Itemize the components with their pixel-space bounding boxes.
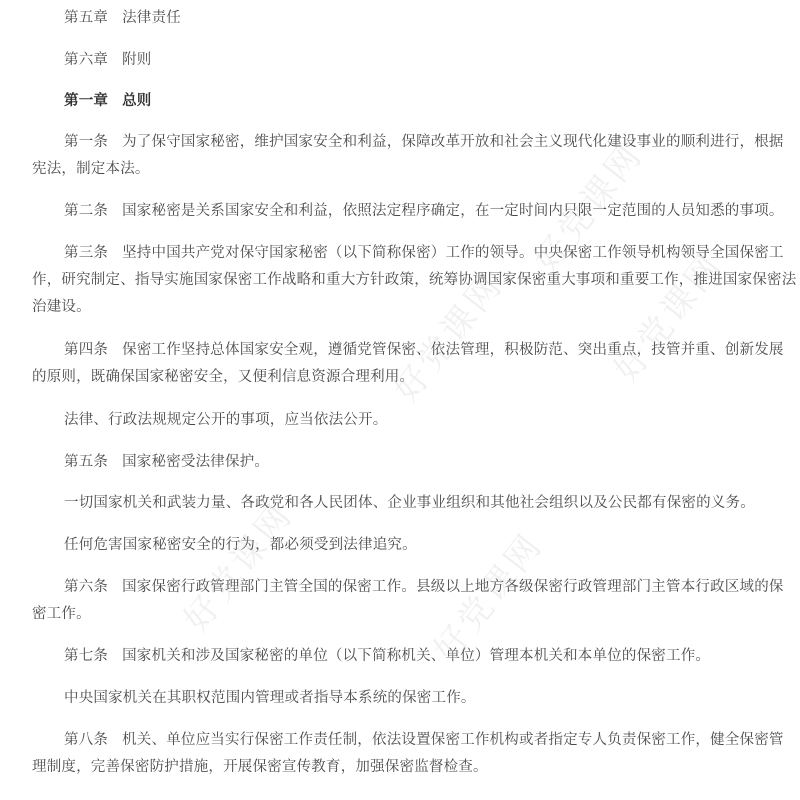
article-4-line-2: 的原则，既确保国家秘密安全，又便利信息资源合理利用。 (32, 367, 414, 387)
article-text: 国家机关和涉及国家秘密的单位（以下简称机关、单位）管理本机关和本单位的保密工作。 (122, 648, 710, 664)
article-3-line-2: 作，研究制定、指导实施国家保密工作战略和重大方针政策，统筹协调国家保密重大事项和… (32, 270, 796, 290)
article-1-line-2: 宪法，制定本法。 (32, 159, 150, 179)
section-chapter-label: 第一章 (64, 93, 108, 109)
article-6-line-2: 密工作。 (32, 604, 91, 624)
article-6-line-1: 第六条国家保密行政管理部门主管全国的保密工作。县级以上地方各级保密行政管理部门主… (64, 577, 784, 597)
article-text: 机关、单位应当实行保密工作责任制，依法设置保密工作机构或者指定专人负责保密工作，… (122, 732, 784, 748)
article-text: 国家保密行政管理部门主管全国的保密工作。县级以上地方各级保密行政管理部门主管本行… (122, 579, 784, 595)
article-8-line-2: 理制度，完善保密防护措施，开展保密宣传教育，加强保密监督检查。 (32, 757, 488, 777)
article-7-paragraph-2: 中央国家机关在其职权范围内管理或者指导本系统的保密工作。 (64, 688, 476, 708)
article-text: 法律、行政法规规定公开的事项，应当依法公开。 (64, 412, 387, 428)
article-1-line-1: 第一条为了保守国家秘密，维护国家安全和利益，保障改革开放和社会主义现代化建设事业… (64, 132, 784, 152)
article-5-line-1: 第五条国家秘密受法律保护。 (64, 452, 269, 472)
article-text: 任何危害国家秘密安全的行为，都必须受到法律追究。 (64, 537, 417, 553)
article-3-line-1: 第三条坚持中国共产党对保守国家秘密（以下简称保密）工作的领导。中央保密工作领导机… (64, 243, 784, 263)
article-label: 第四条 (64, 342, 108, 358)
toc-chapter-label: 第六章 (64, 52, 108, 68)
section-heading: 第一章总则 (64, 91, 152, 111)
document-page: 第五章法律责任 第六章附则 第一章总则 第一条为了保守国家秘密，维护国家安全和利… (0, 0, 800, 800)
toc-item-chapter-6: 第六章附则 (64, 50, 152, 70)
article-5-paragraph-2: 一切国家机关和武装力量、各政党和各人民团体、企业事业组织和其他社会组织以及公民都… (64, 493, 755, 513)
article-label: 第二条 (64, 203, 108, 219)
article-label: 第八条 (64, 732, 108, 748)
toc-item-chapter-5: 第五章法律责任 (64, 8, 181, 28)
toc-chapter-title: 法律责任 (122, 10, 181, 26)
article-text: 宪法，制定本法。 (32, 161, 150, 177)
article-4-line-1: 第四条保密工作坚持总体国家安全观，遵循党管保密、依法管理，积极防范、突出重点，技… (64, 340, 784, 360)
article-label: 第六条 (64, 579, 108, 595)
article-8-line-1: 第八条机关、单位应当实行保密工作责任制，依法设置保密工作机构或者指定专人负责保密… (64, 730, 784, 750)
article-text: 一切国家机关和武装力量、各政党和各人民团体、企业事业组织和其他社会组织以及公民都… (64, 495, 755, 511)
article-label: 第五条 (64, 454, 108, 470)
article-text: 密工作。 (32, 606, 91, 622)
article-2-line-1: 第二条国家秘密是关系国家安全和利益，依照法定程序确定，在一定时间内只限一定范围的… (64, 201, 784, 221)
article-text: 理制度，完善保密防护措施，开展保密宣传教育，加强保密监督检查。 (32, 759, 488, 775)
article-label: 第一条 (64, 134, 108, 150)
article-label: 第七条 (64, 648, 108, 664)
article-text: 国家秘密是关系国家安全和利益，依照法定程序确定，在一定时间内只限一定范围的人员知… (122, 203, 784, 219)
article-3-line-3: 治建设。 (32, 297, 91, 317)
section-chapter-title: 总则 (122, 93, 151, 109)
article-label: 第三条 (64, 245, 108, 261)
article-text: 为了保守国家秘密，维护国家安全和利益，保障改革开放和社会主义现代化建设事业的顺利… (122, 134, 784, 150)
toc-chapter-title: 附则 (122, 52, 151, 68)
article-text: 保密工作坚持总体国家安全观，遵循党管保密、依法管理，积极防范、突出重点，技管并重… (122, 342, 784, 358)
toc-chapter-label: 第五章 (64, 10, 108, 26)
article-4-paragraph-2: 法律、行政法规规定公开的事项，应当依法公开。 (64, 410, 387, 430)
article-text: 的原则，既确保国家秘密安全，又便利信息资源合理利用。 (32, 369, 414, 385)
article-text: 国家秘密受法律保护。 (122, 454, 269, 470)
article-5-paragraph-3: 任何危害国家秘密安全的行为，都必须受到法律追究。 (64, 535, 417, 555)
article-text: 治建设。 (32, 299, 91, 315)
article-7-line-1: 第七条国家机关和涉及国家秘密的单位（以下简称机关、单位）管理本机关和本单位的保密… (64, 646, 710, 666)
article-text: 中央国家机关在其职权范围内管理或者指导本系统的保密工作。 (64, 690, 476, 706)
article-text: 坚持中国共产党对保守国家秘密（以下简称保密）工作的领导。中央保密工作领导机构领导… (122, 245, 784, 261)
article-text: 作，研究制定、指导实施国家保密工作战略和重大方针政策，统筹协调国家保密重大事项和… (32, 272, 796, 288)
